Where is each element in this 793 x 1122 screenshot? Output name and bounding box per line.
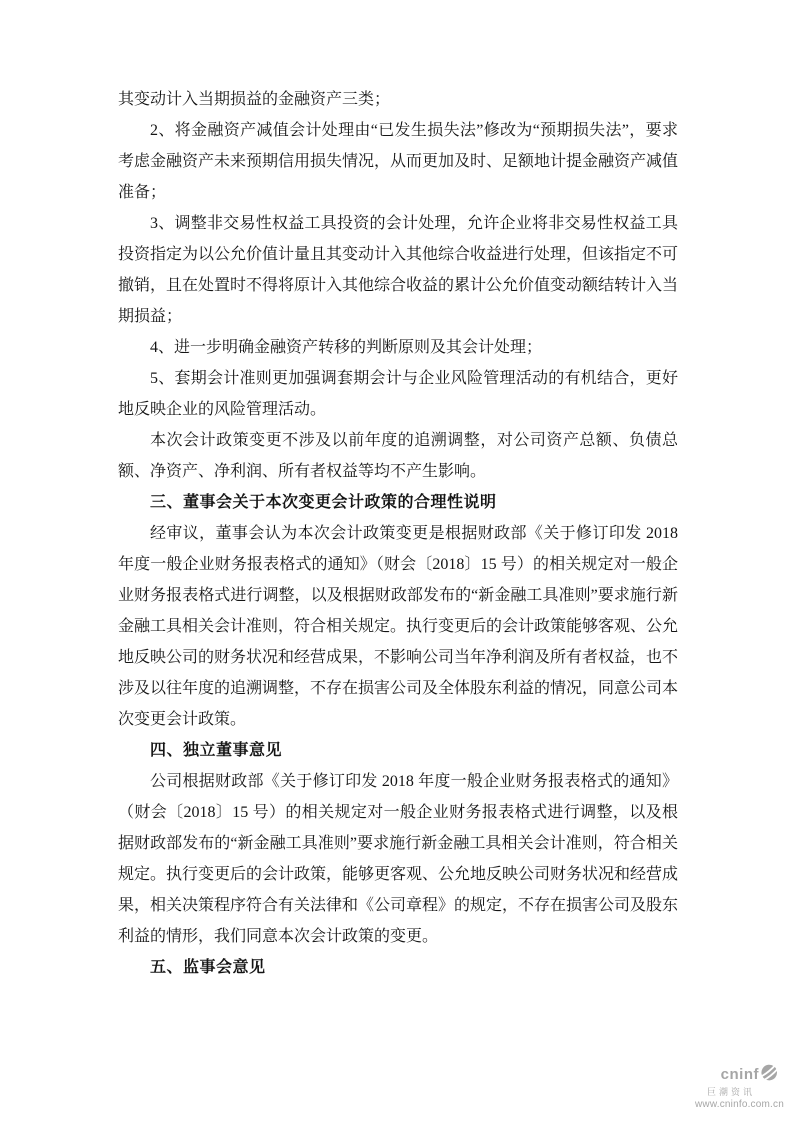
cninfo-website-url: www.cninfo.com.cn <box>695 1100 784 1110</box>
paragraph-item-2: 2、将金融资产减值会计处理由“已发生损失法”修改为“预期损失法”，要求考虑金融资… <box>118 115 678 208</box>
paragraph-continuation: 其变动计入当期损益的金融资产三类； <box>118 84 678 115</box>
paragraph-independent-directors: 公司根据财政部《关于修订印发 2018 年度一般企业财务报表格式的通知》（财会〔… <box>118 766 678 952</box>
paragraph-item-4: 4、进一步明确金融资产转移的判断原则及其会计处理； <box>118 332 678 363</box>
paragraph-item-3: 3、调整非交易性权益工具投资的会计处理，允许企业将非交易性权益工具投资指定为以公… <box>118 208 678 332</box>
cninfo-logo: cninf 巨潮资讯 www.cninfo.com.cn <box>695 1064 784 1110</box>
cninfo-brand-text: cninf <box>721 1067 759 1082</box>
cninfo-brand-chinese: 巨潮资讯 <box>707 1088 755 1097</box>
section-heading-board-statement: 三、董事会关于本次变更会计政策的合理性说明 <box>118 487 678 518</box>
section-heading-supervisory-board: 五、监事会意见 <box>118 952 678 983</box>
paragraph-item-5: 5、套期会计准则更加强调套期会计与企业风险管理活动的有机结合，更好地反映企业的风… <box>118 363 678 425</box>
cninfo-brand-row: cninf <box>721 1064 778 1085</box>
paragraph-no-retro-impact: 本次会计政策变更不涉及以前年度的追溯调整，对公司资产总额、负债总额、净资产、净利… <box>118 425 678 487</box>
section-heading-independent-directors: 四、独立董事意见 <box>118 735 678 766</box>
document-page: 其变动计入当期损益的金融资产三类； 2、将金融资产减值会计处理由“已发生损失法”… <box>0 0 793 1122</box>
paragraph-board-statement: 经审议，董事会认为本次会计政策变更是根据财政部《关于修订印发 2018 年度一般… <box>118 518 678 735</box>
cninfo-swirl-icon <box>760 1063 780 1086</box>
document-body: 其变动计入当期损益的金融资产三类； 2、将金融资产减值会计处理由“已发生损失法”… <box>118 84 678 983</box>
